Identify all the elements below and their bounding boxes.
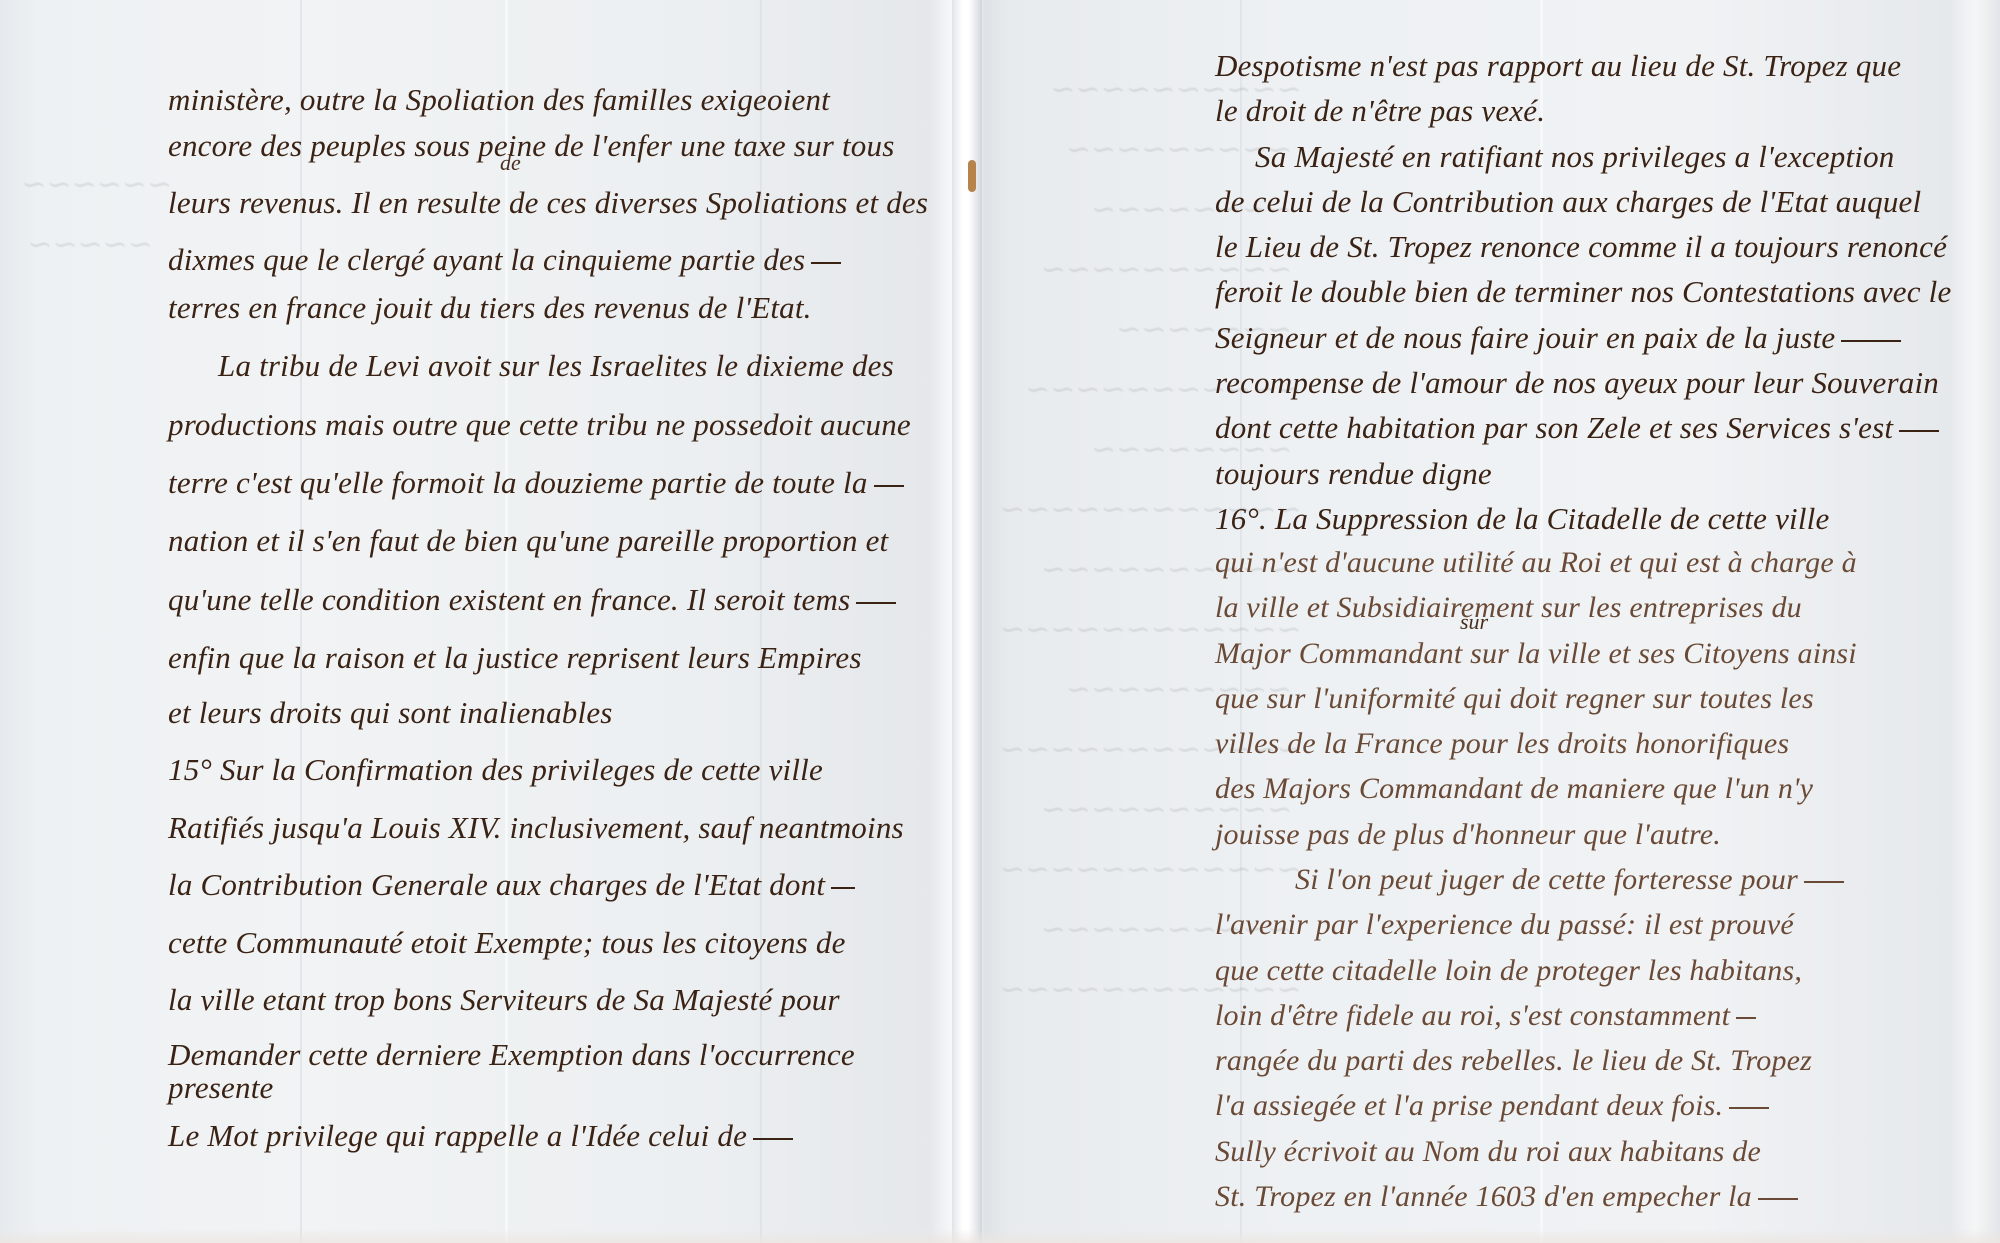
text-layer (0, 0, 2000, 1243)
